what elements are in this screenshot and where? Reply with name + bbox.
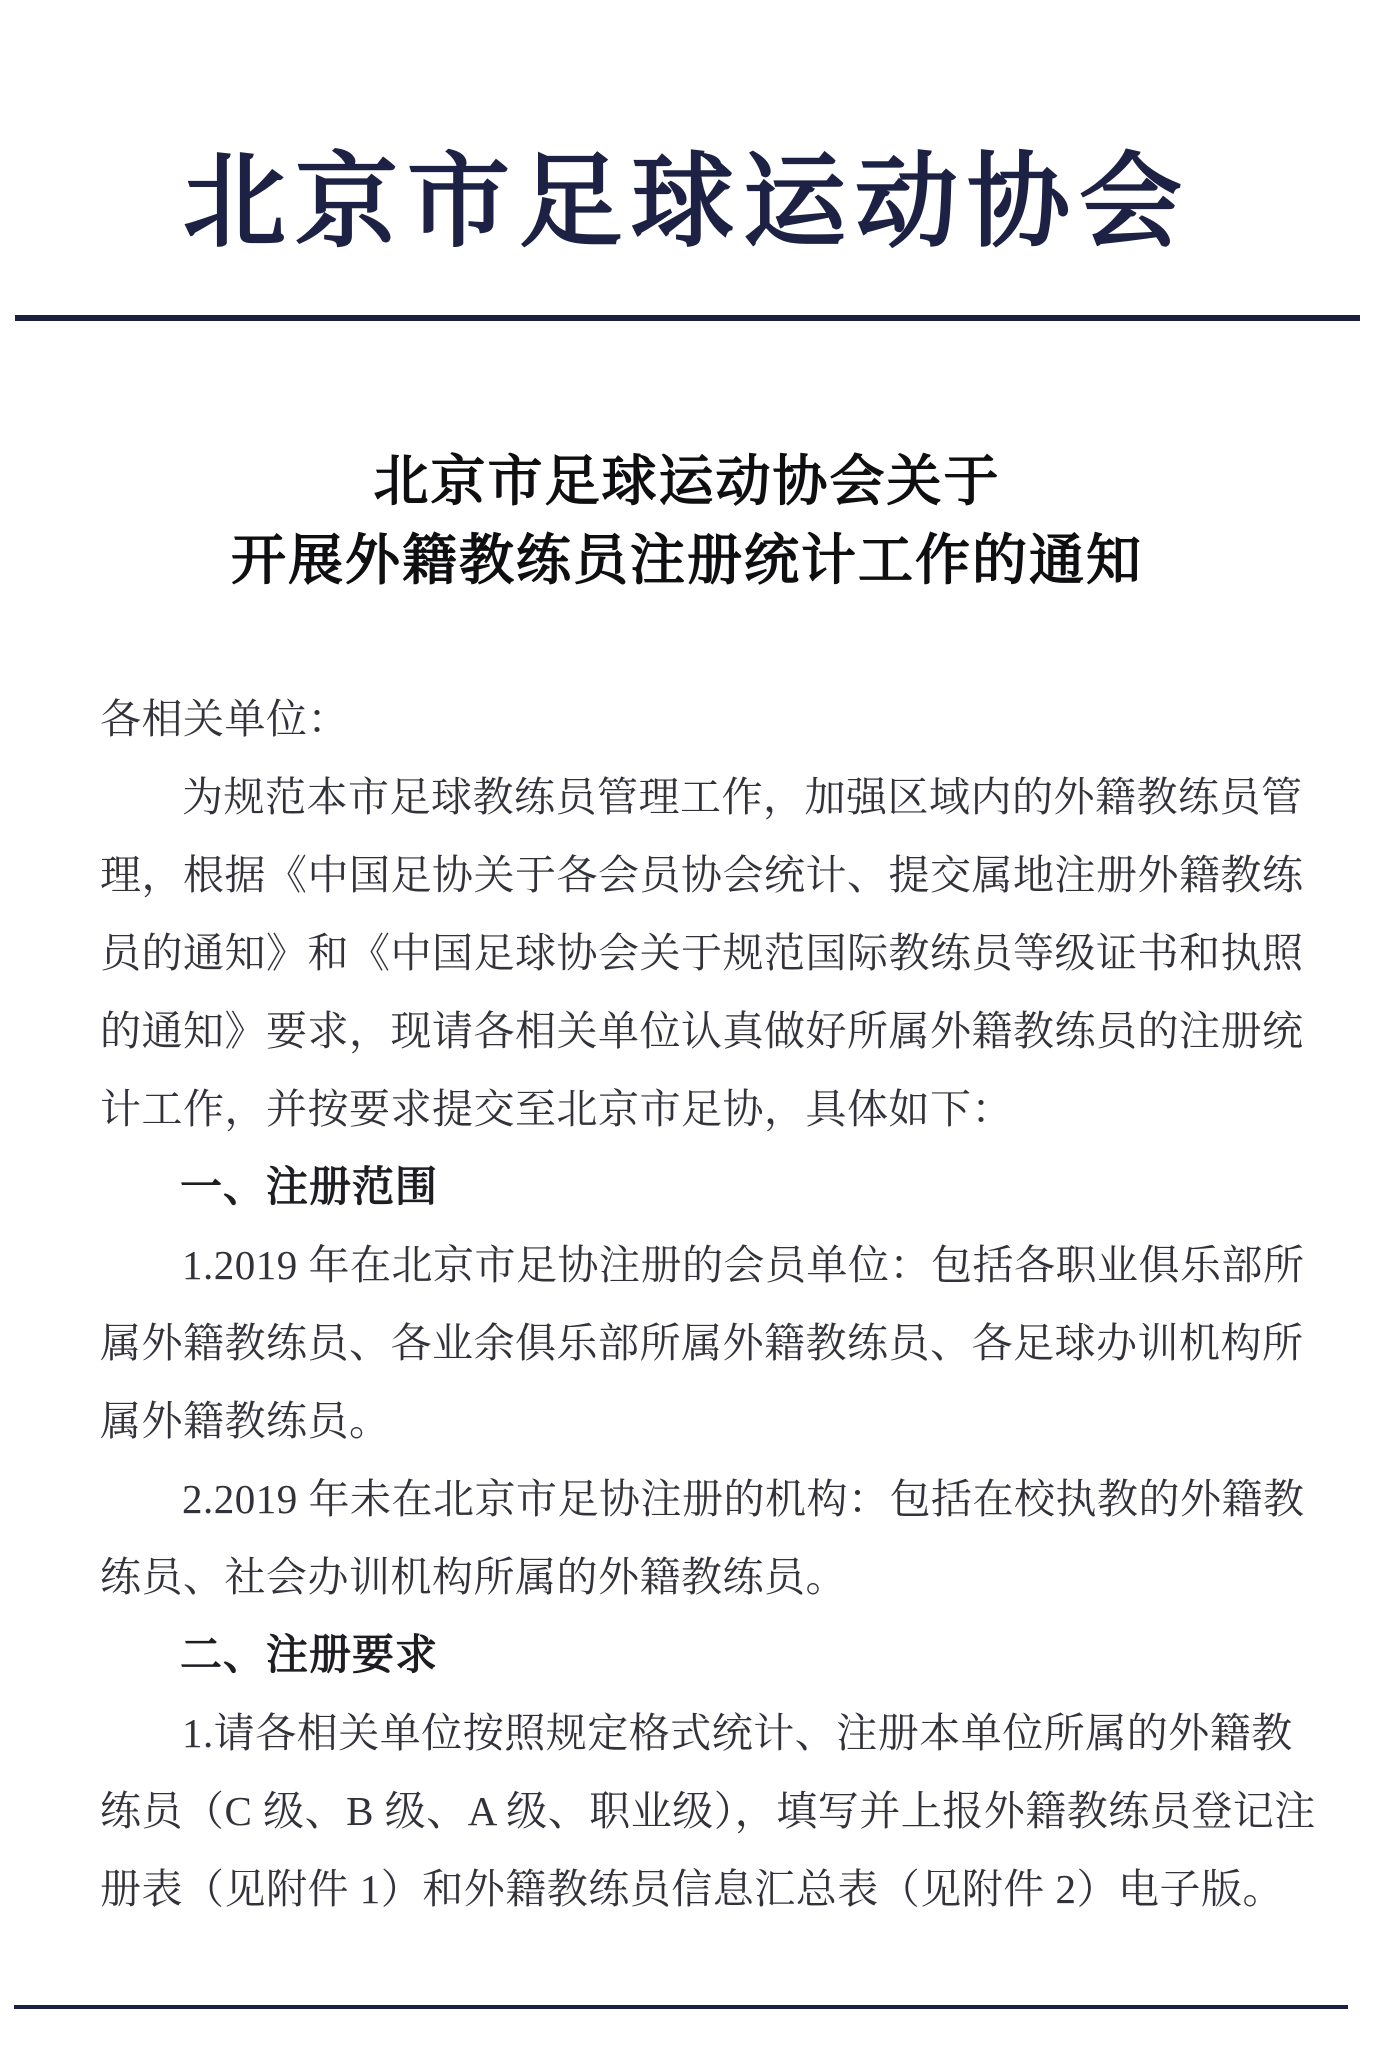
body-line: 属外籍教练员、各业余俱乐部所属外籍教练员、各足球办训机构所	[100, 1304, 1280, 1382]
body-line: 计工作，并按要求提交至北京市足协，具体如下：	[100, 1070, 1280, 1148]
body-line: 1.请各相关单位按照规定格式统计、注册本单位所属的外籍教	[100, 1694, 1280, 1772]
section-heading-2: 二、注册要求	[100, 1616, 1280, 1694]
body-line: 的通知》要求，现请各相关单位认真做好所属外籍教练员的注册统	[100, 992, 1280, 1070]
body-line: 为规范本市足球教练员管理工作，加强区域内的外籍教练员管	[100, 758, 1280, 836]
body-line: 练员（C 级、B 级、A 级、职业级），填写并上报外籍教练员登记注	[100, 1772, 1280, 1850]
document-title-line2: 开展外籍教练员注册统计工作的通知	[0, 521, 1374, 600]
body-line: 练员、社会办训机构所属的外籍教练员。	[100, 1538, 1280, 1616]
body-line: 2.2019 年未在北京市足协注册的机构：包括在校执教的外籍教	[100, 1460, 1280, 1538]
document-title: 北京市足球运动协会关于 开展外籍教练员注册统计工作的通知	[0, 442, 1374, 600]
salutation-line: 各相关单位：	[100, 680, 1280, 758]
body-line: 1.2019 年在北京市足协注册的会员单位：包括各职业俱乐部所	[100, 1226, 1280, 1304]
section-heading-1: 一、注册范围	[100, 1148, 1280, 1226]
body-line: 册表（见附件 1）和外籍教练员信息汇总表（见附件 2）电子版。	[100, 1850, 1280, 1928]
letterhead-divider	[15, 315, 1360, 321]
body-line: 员的通知》和《中国足球协会关于规范国际教练员等级证书和执照	[100, 914, 1280, 992]
body-line: 属外籍教练员。	[100, 1382, 1280, 1460]
document-title-line1: 北京市足球运动协会关于	[0, 442, 1374, 521]
footer-divider	[14, 2005, 1348, 2009]
body-line: 理，根据《中国足协关于各会员协会统计、提交属地注册外籍教练	[100, 836, 1280, 914]
document-page: 北京市足球运动协会 北京市足球运动协会关于 开展外籍教练员注册统计工作的通知 各…	[0, 0, 1374, 2069]
letterhead-org-name: 北京市足球运动协会	[0, 128, 1374, 278]
document-body: 各相关单位： 为规范本市足球教练员管理工作，加强区域内的外籍教练员管 理，根据《…	[100, 680, 1280, 1928]
